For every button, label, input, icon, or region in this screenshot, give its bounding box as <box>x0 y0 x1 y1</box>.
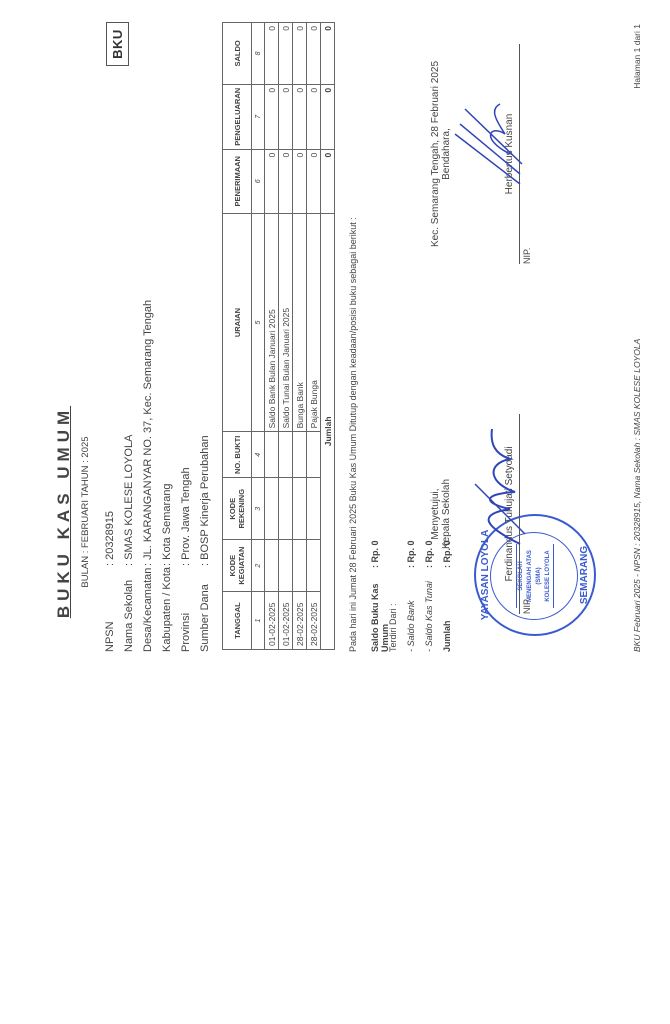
saldo-bku-row: Saldo Buku Kas Umum: Rp. 0 <box>370 540 388 652</box>
table-header: TANGGAL KODE KEGIATAN KODE REKENING NO. … <box>223 23 252 650</box>
footer-document-info: BKU Februari 2025 - NPSN : 20328915, Nam… <box>632 339 642 652</box>
terdiri-dari-row: Terdiri Dari : <box>388 540 406 652</box>
col-no-bukti: NO. BUKTI <box>223 432 252 478</box>
treasurer-signature <box>450 94 525 194</box>
info-row-npsn: NPSN: 20328915 <box>104 300 123 652</box>
document-page: BKU BUKU KAS UMUM BULAN : FEBRUARI TAHUN… <box>0 0 670 1024</box>
info-row-sumber-dana: Sumber Dana: BOSP Kinerja Perubahan <box>199 300 218 652</box>
document-subtitle: BULAN : FEBRUARI TAHUN : 2025 <box>80 0 91 1024</box>
document-title: BUKU KAS UMUM <box>54 0 74 1024</box>
saldo-bank-row: - Saldo Bank: Rp. 0 <box>406 540 424 652</box>
col-tanggal: TANGGAL <box>223 592 252 650</box>
footer-page-number: Halaman 1 dari 1 <box>632 24 642 144</box>
col-saldo: SALDO <box>223 23 252 85</box>
column-numbers: 1 2 3 4 5 6 7 8 <box>252 23 265 650</box>
table-row: 01-02-2025 Saldo Bank Bulan Januari 2025… <box>265 23 279 650</box>
table-row: 28-02-2025 Pajak Bunga 0 0 0 <box>307 23 321 650</box>
info-row-provinsi: Provinsi: Prov. Jawa Tengah <box>180 300 199 652</box>
info-row-desa-kecamatan: Desa/Kecamatan: JL. KARANGANYAR NO. 37, … <box>142 300 161 652</box>
table-row: 01-02-2025 Saldo Tunai Bulan Januari 202… <box>279 23 293 650</box>
bku-table: TANGGAL KODE KEGIATAN KODE REKENING NO. … <box>222 22 335 650</box>
stamp-bottom-text: SEMARANG <box>579 516 590 634</box>
col-kode-kegiatan: KODE KEGIATAN <box>223 540 252 592</box>
table-row: 28-02-2025 Bunga Bank 0 0 0 <box>293 23 307 650</box>
col-pengeluaran: PENGELUARAN <box>223 84 252 149</box>
col-uraian: URAIAN <box>223 213 252 432</box>
info-row-kabupaten-kota: Kabupaten / Kota: Kota Semarang <box>161 300 180 652</box>
col-kode-rekening: KODE REKENING <box>223 478 252 540</box>
closing-statement: Pada hari ini Jumat 28 Februari 2025 Buk… <box>348 217 358 652</box>
bku-badge: BKU <box>106 22 129 66</box>
info-row-nama-sekolah: Nama Sekolah: SMAS KOLESE LOYOLA <box>123 300 142 652</box>
principal-signature <box>470 424 530 554</box>
table-total-row: Jumlah 0 0 0 <box>321 23 335 650</box>
school-info: NPSN: 20328915 Nama Sekolah: SMAS KOLESE… <box>104 300 218 652</box>
col-penerimaan: PENERIMAAN <box>223 149 252 213</box>
